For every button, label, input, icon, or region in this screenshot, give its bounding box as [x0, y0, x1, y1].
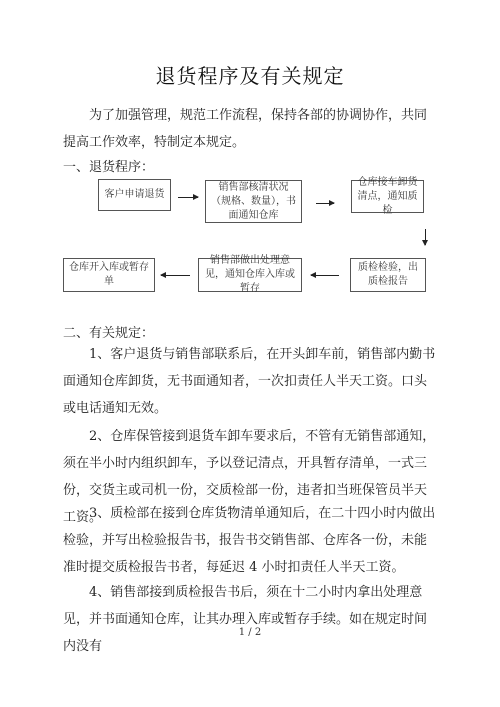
- arrow-left-icon: [161, 275, 190, 276]
- flow-step-3: 仓库接车卸货清点，通知质检: [351, 180, 424, 213]
- rule-1: 1、客户退货与销售部联系后，在开头卸车前，销售部内勤书面通知仓库卸货，无书面通知…: [63, 341, 439, 422]
- rule-4: 4、销售部接到质检报告书后，须在十二小时内拿出处理意见，并书面通知仓库，让其办理…: [63, 579, 439, 660]
- flow-step-5: 销售部做出处理意见，通知仓库入库或暂存: [198, 258, 302, 292]
- page-indicator: 1 / 2: [0, 627, 500, 638]
- flow-step-2: 销售部核清状况（规格、数量），书面通知仓库: [205, 180, 302, 223]
- arrow-right-icon: [316, 203, 334, 204]
- section-1-heading: 一、退货程序：: [63, 156, 154, 175]
- section-2-heading: 二、有关规定：: [63, 322, 154, 341]
- flow-step-6: 仓库开入库或暂存单: [63, 258, 155, 292]
- intro-paragraph: 为了加强管理，规范工作流程，保持各部的协调协作，共同提高工作效率，特制定本规定。: [63, 102, 439, 156]
- flow-step-1: 客户申请退货: [98, 179, 171, 211]
- arrow-right-icon: [178, 197, 198, 198]
- document-title: 退货程序及有关规定: [0, 60, 500, 89]
- arrow-left-icon: [311, 275, 339, 276]
- arrow-down-icon: [425, 229, 426, 245]
- rule-3: 3、质检部在接到仓库货物清单通知后，在二十四小时内做出检验，并写出检验报告书，报…: [63, 500, 439, 581]
- flow-step-4: 质检检验，出质检报告: [350, 258, 426, 292]
